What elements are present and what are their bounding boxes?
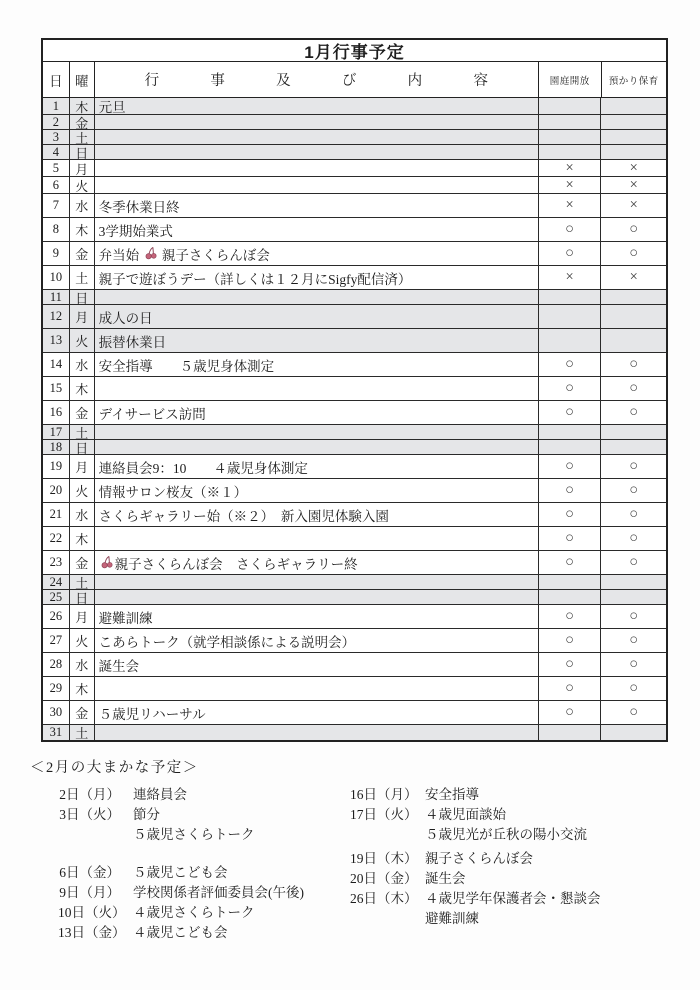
childcare-mark: ○ xyxy=(601,242,666,265)
feb-entry-line: ５歳児光が丘秋の陽小交流 xyxy=(425,825,587,845)
feb-entry: 10日（火）４歳児さくらトーク xyxy=(58,903,348,923)
feb-entry-day: 13日（金） xyxy=(58,923,120,943)
childcare-mark xyxy=(601,305,666,328)
cherry-icon xyxy=(143,246,159,261)
schedule-row-20: 20火情報サロン桜友（※１）○○ xyxy=(43,479,666,503)
weekday-cell: 月 xyxy=(70,605,95,628)
childcare-mark xyxy=(601,575,666,589)
event-cell: デイサービス訪問 xyxy=(95,401,539,424)
weekday-cell: 金 xyxy=(70,701,95,724)
day-cell: 17 xyxy=(43,425,70,439)
february-overview: ＜2月の大まかな予定＞ 2日（月）連絡員会3日（火）節分５歳児さくらトーク6日（… xyxy=(0,752,700,982)
day-cell: 27 xyxy=(43,629,70,652)
weekday-cell: 木 xyxy=(70,218,95,241)
event-cell: 弁当始 親子さくらんぼ会 xyxy=(95,242,539,265)
garden-open-mark xyxy=(539,440,602,454)
schedule-row-13: 13火振替休業日 xyxy=(43,329,666,353)
event-cell xyxy=(95,145,539,159)
event-cell xyxy=(95,290,539,304)
feb-entry-lines: 誕生会 xyxy=(425,869,466,889)
header-event-char: 内 xyxy=(408,69,423,90)
day-cell: 9 xyxy=(43,242,70,265)
childcare-mark xyxy=(601,590,666,604)
childcare-mark: × xyxy=(601,177,666,193)
feb-entry: 26日（木）４歳児学年保護者会・懇談会避難訓練 xyxy=(350,889,670,929)
day-cell: 5 xyxy=(43,160,70,176)
header-event-char: 事 xyxy=(210,69,225,90)
event-cell xyxy=(95,575,539,589)
day-cell: 24 xyxy=(43,575,70,589)
weekday-cell: 木 xyxy=(70,677,95,700)
childcare-mark xyxy=(601,425,666,439)
event-cell: 成人の日 xyxy=(95,305,539,328)
garden-open-mark: × xyxy=(539,160,602,176)
feb-entry-line: 学校関係者評価委員会(午後) xyxy=(133,883,304,903)
childcare-mark xyxy=(601,440,666,454)
feb-entry: 6日（金）５歳児こども会 xyxy=(58,863,348,883)
header-event-char: 及 xyxy=(276,69,291,90)
event-cell xyxy=(95,160,539,176)
day-cell: 4 xyxy=(43,145,70,159)
garden-open-mark xyxy=(539,130,602,144)
day-cell: 1 xyxy=(43,98,70,114)
weekday-cell: 土 xyxy=(70,725,95,740)
schedule-rows: 1木元旦2金3土4日5月××6火××7水冬季休業日終××8木3学期始業式○○9金… xyxy=(43,98,666,740)
day-cell: 18 xyxy=(43,440,70,454)
childcare-mark: × xyxy=(601,160,666,176)
childcare-mark: ○ xyxy=(601,455,666,478)
feb-entry-line: ４歳児学年保護者会・懇談会 xyxy=(425,889,601,909)
day-cell: 31 xyxy=(43,725,70,740)
schedule-row-18: 18日 xyxy=(43,440,666,455)
feb-entry-day: 19日（木） xyxy=(350,849,412,869)
weekday-cell: 水 xyxy=(70,353,95,376)
feb-entry-line: 連絡員会 xyxy=(133,785,187,805)
childcare-mark xyxy=(601,329,666,352)
garden-open-mark: ○ xyxy=(539,218,602,241)
event-cell xyxy=(95,527,539,550)
event-cell xyxy=(95,677,539,700)
garden-open-mark xyxy=(539,290,602,304)
day-cell: 29 xyxy=(43,677,70,700)
schedule-row-16: 16金デイサービス訪問○○ xyxy=(43,401,666,425)
weekday-cell: 火 xyxy=(70,329,95,352)
event-cell: 情報サロン桜友（※１） xyxy=(95,479,539,502)
event-cell xyxy=(95,425,539,439)
schedule-row-21: 21水さくらギャラリー始（※２） 新入園児体験入園○○ xyxy=(43,503,666,527)
day-cell: 20 xyxy=(43,479,70,502)
garden-open-mark: ○ xyxy=(539,605,602,628)
childcare-mark: ○ xyxy=(601,503,666,526)
garden-open-mark: ○ xyxy=(539,401,602,424)
day-cell: 13 xyxy=(43,329,70,352)
feb-entry-day: 9日（月） xyxy=(58,883,120,903)
schedule-row-28: 28水誕生会○○ xyxy=(43,653,666,677)
childcare-mark: ○ xyxy=(601,377,666,400)
weekday-cell: 日 xyxy=(70,590,95,604)
garden-open-mark: ○ xyxy=(539,701,602,724)
schedule-row-12: 12月成人の日 xyxy=(43,305,666,329)
feb-entry-lines: 安全指導 xyxy=(425,785,479,805)
header-event-char: 容 xyxy=(473,69,488,90)
feb-entry: 19日（木）親子さくらんぼ会 xyxy=(350,849,670,869)
childcare-mark: ○ xyxy=(601,527,666,550)
weekday-cell: 水 xyxy=(70,194,95,217)
schedule-row-24: 24土 xyxy=(43,575,666,590)
feb-entry: 3日（火）節分５歳児さくらトーク xyxy=(58,805,348,845)
schedule-row-15: 15木○○ xyxy=(43,377,666,401)
garden-open-mark: ○ xyxy=(539,629,602,652)
weekday-cell: 水 xyxy=(70,503,95,526)
event-cell xyxy=(95,725,539,740)
day-cell: 15 xyxy=(43,377,70,400)
garden-open-mark: ○ xyxy=(539,455,602,478)
garden-open-mark xyxy=(539,425,602,439)
day-cell: 10 xyxy=(43,266,70,289)
feb-entry-day: 26日（木） xyxy=(350,889,412,929)
schedule-row-22: 22木○○ xyxy=(43,527,666,551)
schedule-row-23: 23金親子さくらんぼ会 さくらギャラリー終○○ xyxy=(43,551,666,575)
weekday-cell: 日 xyxy=(70,440,95,454)
feb-entry-day: 2日（月） xyxy=(58,785,120,805)
childcare-mark xyxy=(601,115,666,129)
schedule-row-27: 27火こあらトーク（就学相談係による説明会）○○ xyxy=(43,629,666,653)
weekday-cell: 木 xyxy=(70,377,95,400)
feb-entry-line: ４歳児さくらトーク xyxy=(133,903,255,923)
schedule-row-29: 29木○○ xyxy=(43,677,666,701)
garden-open-mark: ○ xyxy=(539,653,602,676)
feb-entry-lines: ４歳児学年保護者会・懇談会避難訓練 xyxy=(425,889,601,929)
header-childcare: 預かり保育 xyxy=(602,62,667,97)
feb-entry-line: ４歳児こども会 xyxy=(133,923,228,943)
event-cell: 親子さくらんぼ会 さくらギャラリー終 xyxy=(95,551,539,574)
event-cell: 連絡員会9：10 ４歳児身体測定 xyxy=(95,455,539,478)
weekday-cell: 金 xyxy=(70,401,95,424)
table-title: 1月行事予定 xyxy=(43,40,666,62)
event-cell xyxy=(95,377,539,400)
feb-entry: 2日（月）連絡員会 xyxy=(58,785,348,805)
feb-entry: 17日（火）４歳児面談始５歳児光が丘秋の陽小交流 xyxy=(350,805,670,845)
childcare-mark xyxy=(601,130,666,144)
garden-open-mark xyxy=(539,329,602,352)
garden-open-mark: × xyxy=(539,177,602,193)
weekday-cell: 金 xyxy=(70,242,95,265)
schedule-row-11: 11日 xyxy=(43,290,666,305)
garden-open-mark xyxy=(539,145,602,159)
childcare-mark: ○ xyxy=(601,218,666,241)
childcare-mark xyxy=(601,290,666,304)
feb-entry-day: 17日（火） xyxy=(350,805,412,845)
feb-entry-line: 誕生会 xyxy=(425,869,466,889)
header-event-char: 行 xyxy=(145,69,160,90)
feb-entry: 16日（月）安全指導 xyxy=(350,785,670,805)
day-cell: 12 xyxy=(43,305,70,328)
table-header-row: 日 曜 行事及び内容 園庭開放 預かり保育 xyxy=(43,62,666,98)
weekday-cell: 水 xyxy=(70,653,95,676)
childcare-mark: ○ xyxy=(601,605,666,628)
feb-entry-line: ４歳児面談始 xyxy=(425,805,587,825)
schedule-row-2: 2金 xyxy=(43,115,666,130)
header-day: 日 xyxy=(43,62,70,97)
feb-entry-lines: ４歳児面談始５歳児光が丘秋の陽小交流 xyxy=(425,805,587,845)
childcare-mark xyxy=(601,725,666,740)
garden-open-mark xyxy=(539,575,602,589)
childcare-mark: ○ xyxy=(601,551,666,574)
feb-entry-day: 10日（火） xyxy=(58,903,120,923)
day-cell: 7 xyxy=(43,194,70,217)
event-cell: さくらギャラリー始（※２） 新入園児体験入園 xyxy=(95,503,539,526)
schedule-row-10: 10土親子で遊ぼうデー（詳しくは１２月にSigfy配信済）×× xyxy=(43,266,666,290)
childcare-mark xyxy=(601,145,666,159)
feb-entry-lines: 節分５歳児さくらトーク xyxy=(133,805,255,845)
garden-open-mark xyxy=(539,115,602,129)
event-cell xyxy=(95,130,539,144)
day-cell: 6 xyxy=(43,177,70,193)
feb-entry-lines: 親子さくらんぼ会 xyxy=(425,849,533,869)
weekday-cell: 金 xyxy=(70,551,95,574)
day-cell: 23 xyxy=(43,551,70,574)
schedule-row-1: 1木元旦 xyxy=(43,98,666,115)
schedule-row-31: 31土 xyxy=(43,725,666,740)
garden-open-mark: ○ xyxy=(539,551,602,574)
weekday-cell: 木 xyxy=(70,98,95,114)
weekday-cell: 金 xyxy=(70,115,95,129)
garden-open-mark: ○ xyxy=(539,242,602,265)
day-cell: 16 xyxy=(43,401,70,424)
schedule-row-17: 17土 xyxy=(43,425,666,440)
day-cell: 26 xyxy=(43,605,70,628)
garden-open-mark xyxy=(539,725,602,740)
feb-entry-line: ５歳児こども会 xyxy=(133,863,228,883)
february-left-column: 2日（月）連絡員会3日（火）節分５歳児さくらトーク6日（金）５歳児こども会9日（… xyxy=(58,785,348,943)
feb-entry-line: 節分 xyxy=(133,805,255,825)
garden-open-mark xyxy=(539,98,602,114)
schedule-row-14: 14水安全指導 ５歳児身体測定○○ xyxy=(43,353,666,377)
schedule-row-4: 4日 xyxy=(43,145,666,160)
feb-entry-line: 安全指導 xyxy=(425,785,479,805)
event-cell: 冬季休業日終 xyxy=(95,194,539,217)
childcare-mark: ○ xyxy=(601,353,666,376)
feb-entry: 9日（月）学校関係者評価委員会(午後) xyxy=(58,883,348,903)
day-cell: 25 xyxy=(43,590,70,604)
event-cell: 親子で遊ぼうデー（詳しくは１２月にSigfy配信済） xyxy=(95,266,539,289)
childcare-mark: ○ xyxy=(601,653,666,676)
garden-open-mark xyxy=(539,305,602,328)
day-cell: 3 xyxy=(43,130,70,144)
day-cell: 2 xyxy=(43,115,70,129)
day-cell: 8 xyxy=(43,218,70,241)
feb-entry-line: ５歳児さくらトーク xyxy=(133,825,255,845)
feb-entry-day: 3日（火） xyxy=(58,805,120,845)
event-cell xyxy=(95,115,539,129)
feb-entry-lines: 連絡員会 xyxy=(133,785,187,805)
childcare-mark: × xyxy=(601,266,666,289)
header-event-label: 行事及び内容 xyxy=(95,62,539,97)
weekday-cell: 火 xyxy=(70,629,95,652)
cherry-icon xyxy=(99,555,115,570)
feb-entry: 13日（金）４歳児こども会 xyxy=(58,923,348,943)
feb-entry-day: 6日（金） xyxy=(58,863,120,883)
childcare-mark xyxy=(601,98,666,114)
weekday-cell: 土 xyxy=(70,425,95,439)
weekday-cell: 日 xyxy=(70,290,95,304)
feb-entry-day: 20日（金） xyxy=(350,869,412,889)
feb-entry-lines: ４歳児さくらトーク xyxy=(133,903,255,923)
schedule-row-9: 9金弁当始 親子さくらんぼ会○○ xyxy=(43,242,666,266)
schedule-row-19: 19月連絡員会9：10 ４歳児身体測定○○ xyxy=(43,455,666,479)
january-schedule-table: 1月行事予定 日 曜 行事及び内容 園庭開放 預かり保育 1木元旦2金3土4日5… xyxy=(41,38,668,742)
garden-open-mark xyxy=(539,590,602,604)
childcare-mark: ○ xyxy=(601,479,666,502)
day-cell: 21 xyxy=(43,503,70,526)
feb-entry-lines: ４歳児こども会 xyxy=(133,923,228,943)
weekday-cell: 月 xyxy=(70,305,95,328)
garden-open-mark: ○ xyxy=(539,503,602,526)
schedule-row-25: 25日 xyxy=(43,590,666,605)
day-cell: 30 xyxy=(43,701,70,724)
feb-entry-lines: ５歳児こども会 xyxy=(133,863,228,883)
schedule-row-8: 8木3学期始業式○○ xyxy=(43,218,666,242)
event-cell: 避難訓練 xyxy=(95,605,539,628)
event-cell: ５歳児リハーサル xyxy=(95,701,539,724)
weekday-cell: 月 xyxy=(70,455,95,478)
feb-entry-lines: 学校関係者評価委員会(午後) xyxy=(133,883,304,903)
schedule-row-26: 26月避難訓練○○ xyxy=(43,605,666,629)
weekday-cell: 土 xyxy=(70,575,95,589)
day-cell: 14 xyxy=(43,353,70,376)
event-cell xyxy=(95,177,539,193)
header-garden-open: 園庭開放 xyxy=(539,62,602,97)
event-cell: 元旦 xyxy=(95,98,539,114)
day-cell: 28 xyxy=(43,653,70,676)
schedule-row-5: 5月×× xyxy=(43,160,666,177)
garden-open-mark: ○ xyxy=(539,677,602,700)
feb-entry: 20日（金）誕生会 xyxy=(350,869,670,889)
event-cell: 誕生会 xyxy=(95,653,539,676)
event-cell: こあらトーク（就学相談係による説明会） xyxy=(95,629,539,652)
garden-open-mark: ○ xyxy=(539,377,602,400)
header-weekday: 曜 xyxy=(70,62,95,97)
garden-open-mark: × xyxy=(539,194,602,217)
feb-entry-line: 避難訓練 xyxy=(425,909,601,929)
childcare-mark: ○ xyxy=(601,701,666,724)
garden-open-mark: × xyxy=(539,266,602,289)
schedule-row-3: 3土 xyxy=(43,130,666,145)
childcare-mark: × xyxy=(601,194,666,217)
day-cell: 19 xyxy=(43,455,70,478)
scanned-schedule-page: 1月行事予定 日 曜 行事及び内容 園庭開放 預かり保育 1木元旦2金3土4日5… xyxy=(0,0,700,990)
weekday-cell: 木 xyxy=(70,527,95,550)
weekday-cell: 土 xyxy=(70,130,95,144)
feb-entry-day: 16日（月） xyxy=(350,785,412,805)
day-cell: 22 xyxy=(43,527,70,550)
event-cell: 安全指導 ５歳児身体測定 xyxy=(95,353,539,376)
event-cell xyxy=(95,440,539,454)
feb-entry-line: 親子さくらんぼ会 xyxy=(425,849,533,869)
schedule-row-6: 6火×× xyxy=(43,177,666,194)
header-event-char: び xyxy=(342,69,357,90)
weekday-cell: 土 xyxy=(70,266,95,289)
event-cell: 3学期始業式 xyxy=(95,218,539,241)
childcare-mark: ○ xyxy=(601,629,666,652)
february-right-column: 16日（月）安全指導17日（火）４歳児面談始５歳児光が丘秋の陽小交流19日（木）… xyxy=(350,785,670,929)
garden-open-mark: ○ xyxy=(539,527,602,550)
february-title: ＜2月の大まかな予定＞ xyxy=(30,756,199,777)
childcare-mark: ○ xyxy=(601,401,666,424)
day-cell: 11 xyxy=(43,290,70,304)
schedule-row-7: 7水冬季休業日終×× xyxy=(43,194,666,218)
weekday-cell: 火 xyxy=(70,177,95,193)
weekday-cell: 日 xyxy=(70,145,95,159)
event-cell xyxy=(95,590,539,604)
garden-open-mark: ○ xyxy=(539,353,602,376)
childcare-mark: ○ xyxy=(601,677,666,700)
weekday-cell: 火 xyxy=(70,479,95,502)
event-cell: 振替休業日 xyxy=(95,329,539,352)
schedule-row-30: 30金５歳児リハーサル○○ xyxy=(43,701,666,725)
weekday-cell: 月 xyxy=(70,160,95,176)
garden-open-mark: ○ xyxy=(539,479,602,502)
